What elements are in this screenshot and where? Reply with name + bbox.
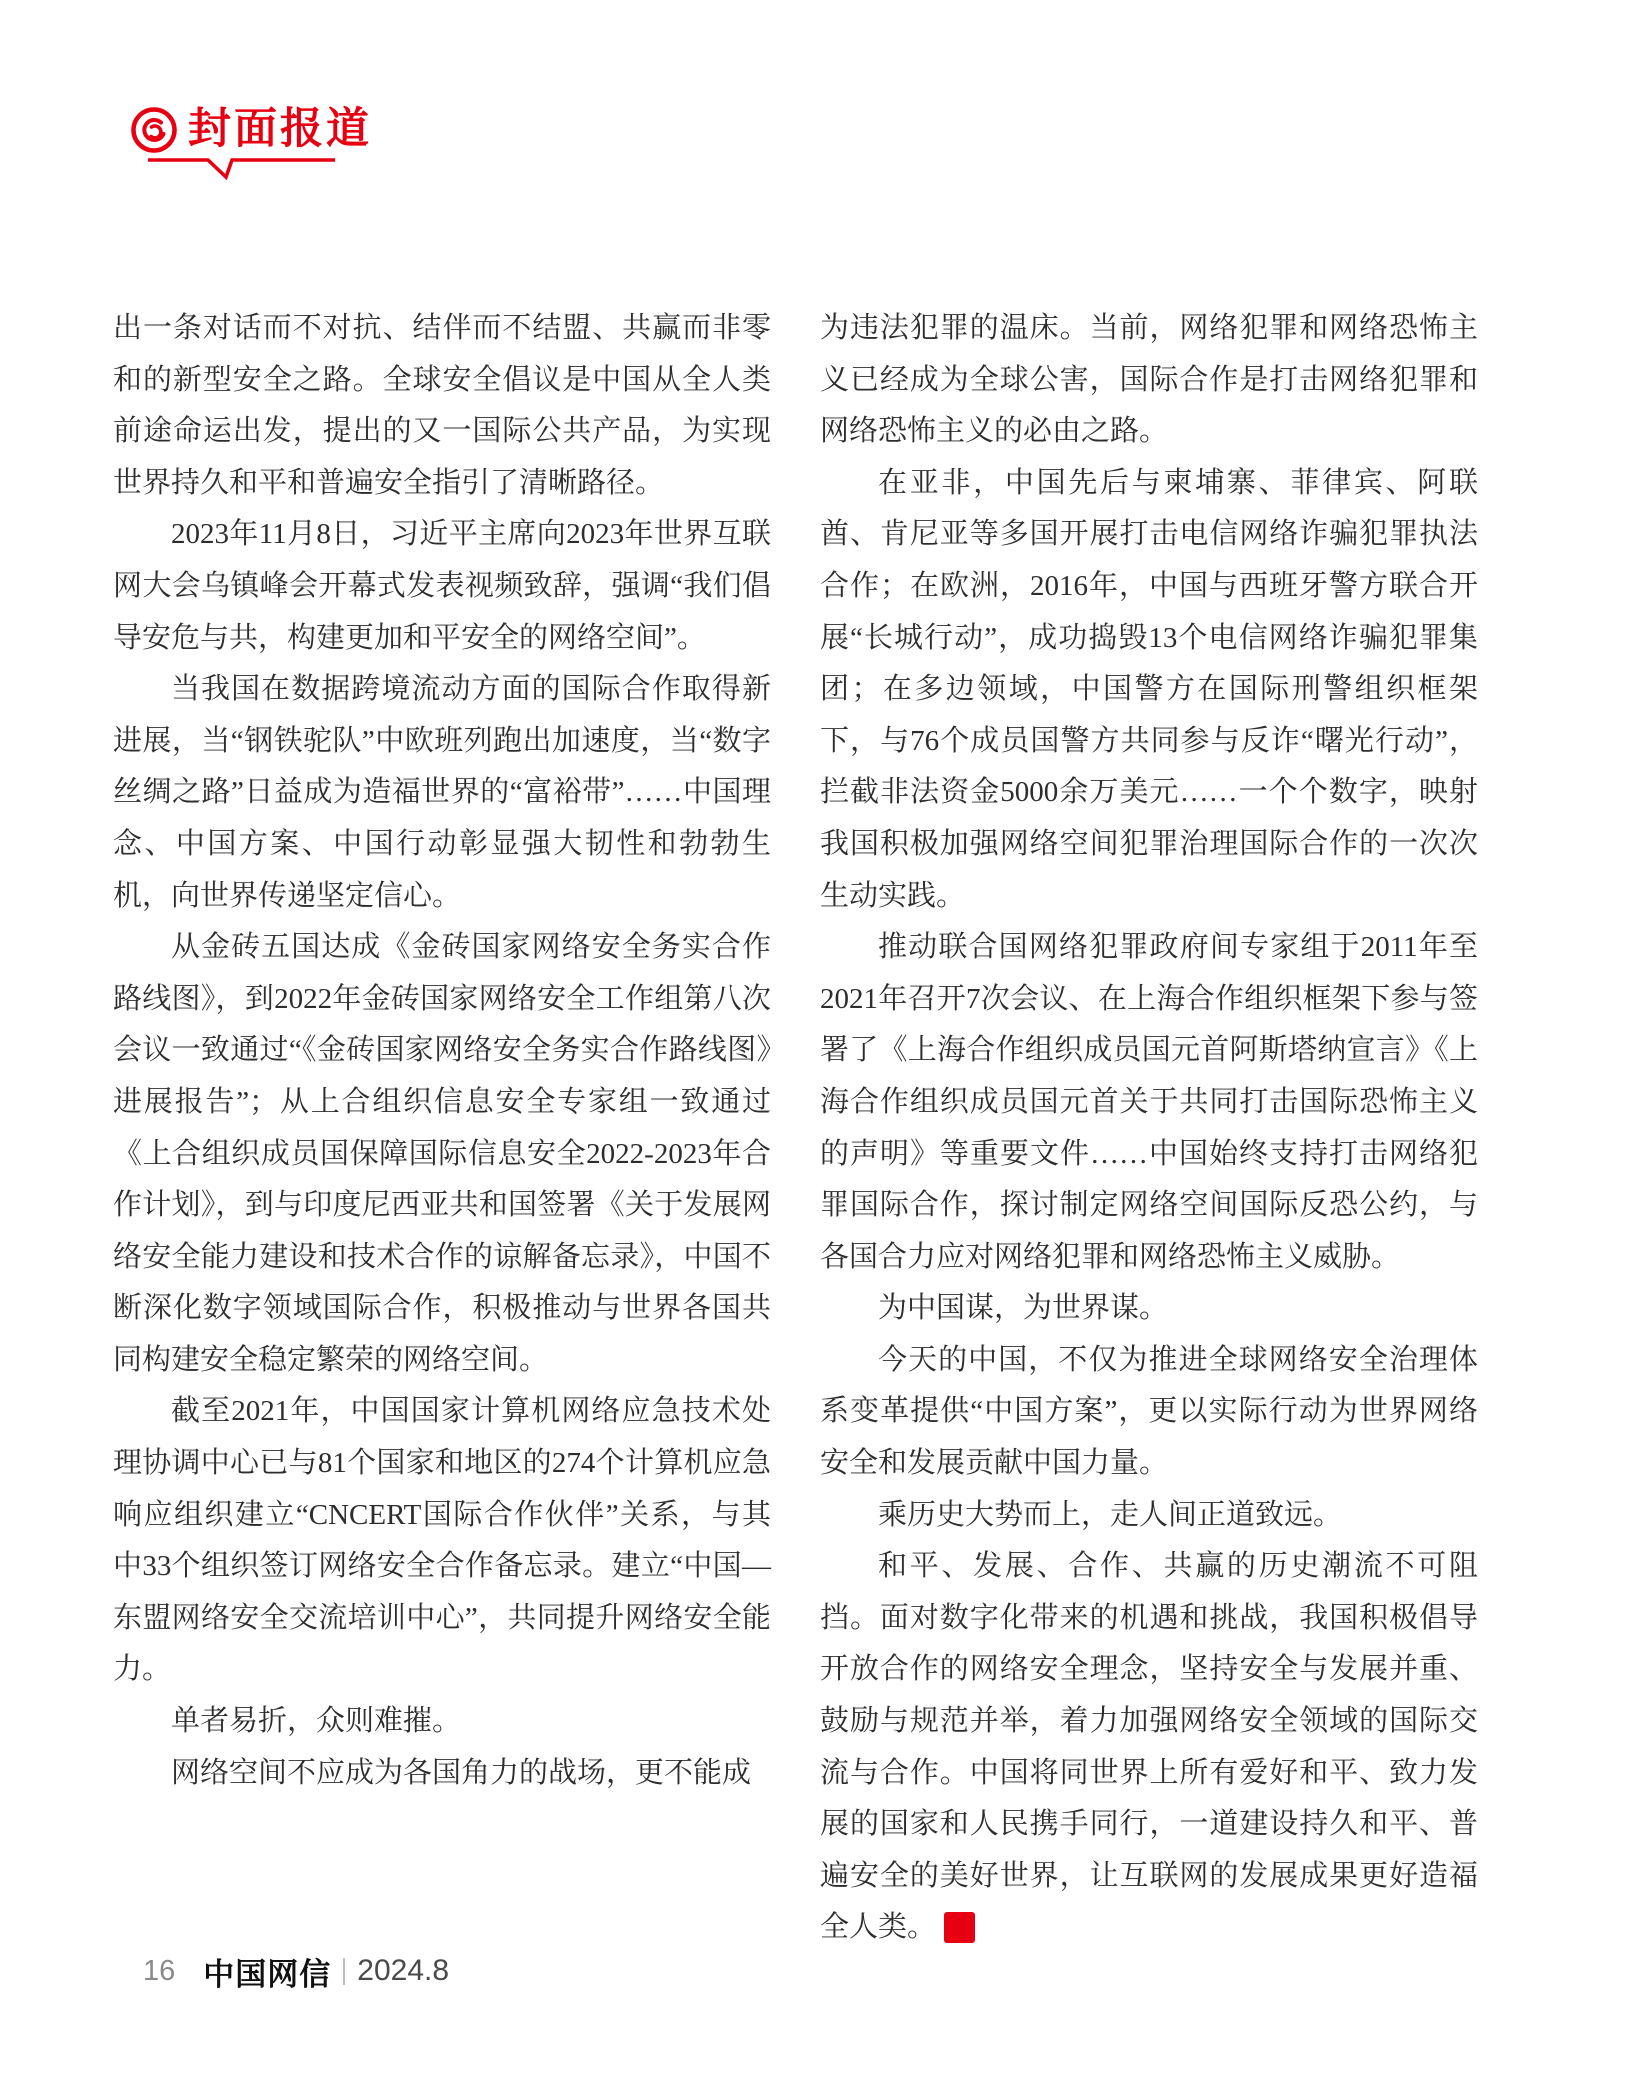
paragraph: 今天的中国，不仅为推进全球网络安全治理体系变革提供“中国方案”，更以实际行动为世… [820,1335,1478,1490]
paragraph: 截至2021年，中国国家计算机网络应急技术处理协调中心已与81个国家和地区的27… [113,1386,771,1696]
magazine-name: 中国网信 [203,1949,331,1994]
magazine-page: 封面报道 出一条对话而不对抗、结伴而不结盟、共赢而非零和的新型安全之路。全球安全… [0,0,1625,2079]
article-left-column: 出一条对话而不对抗、结伴而不结盟、共赢而非零和的新型安全之路。全球安全倡议是中国… [113,303,771,1799]
page-footer: 16 中国网信 2024.8 [143,1951,449,1991]
paragraph: 从金砖五国达成《金砖国家网络安全务实合作路线图》，到2022年金砖国家网络安全工… [113,922,771,1386]
paragraph: 单者易折，众则难摧。 [113,1696,771,1748]
page-number: 16 [143,1955,175,1988]
paragraph: 为中国谋，为世界谋。 [820,1283,1478,1335]
article-right-column: 为违法犯罪的温床。当前，网络犯罪和网络恐怖主义已经成为全球公害，国际合作是打击网… [820,303,1478,1954]
magazine-logo-endmark-icon [944,1912,975,1943]
issue-date: 2024.8 [357,1954,449,1988]
paragraph: 推动联合国网络犯罪政府间专家组于2011年至2021年召开7次会议、在上海合作组… [820,922,1478,1283]
paragraph: 出一条对话而不对抗、结伴而不结盟、共赢而非零和的新型安全之路。全球安全倡议是中国… [113,303,771,509]
paragraph: 网络空间不应成为各国角力的战场，更不能成 [113,1748,771,1800]
paragraph-text: 和平、发展、合作、共赢的历史潮流不可阻挡。面对数字化带来的机遇和挑战，我国积极倡… [820,1550,1478,1943]
footer-divider [343,1958,345,1985]
paragraph: 和平、发展、合作、共赢的历史潮流不可阻挡。面对数字化带来的机遇和挑战，我国积极倡… [820,1541,1478,1954]
paragraph: 当我国在数据跨境流动方面的国际合作取得新进展，当“钢铁驼队”中欧班列跑出加速度，… [113,664,771,922]
magazine-logo-icon [130,106,178,154]
paragraph: 乘历史大势而上，走人间正道致远。 [820,1490,1478,1542]
paragraph: 2023年11月8日，习近平主席向2023年世界互联网大会乌镇峰会开幕式发表视频… [113,509,771,664]
paragraph: 在亚非，中国先后与柬埔寨、菲律宾、阿联酋、肯尼亚等多国开展打击电信网络诈骗犯罪执… [820,458,1478,922]
speech-bubble-underline-icon [146,156,338,182]
paragraph: 为违法犯罪的温床。当前，网络犯罪和网络恐怖主义已经成为全球公害，国际合作是打击网… [820,303,1478,458]
section-title: 封面报道 [188,104,372,154]
